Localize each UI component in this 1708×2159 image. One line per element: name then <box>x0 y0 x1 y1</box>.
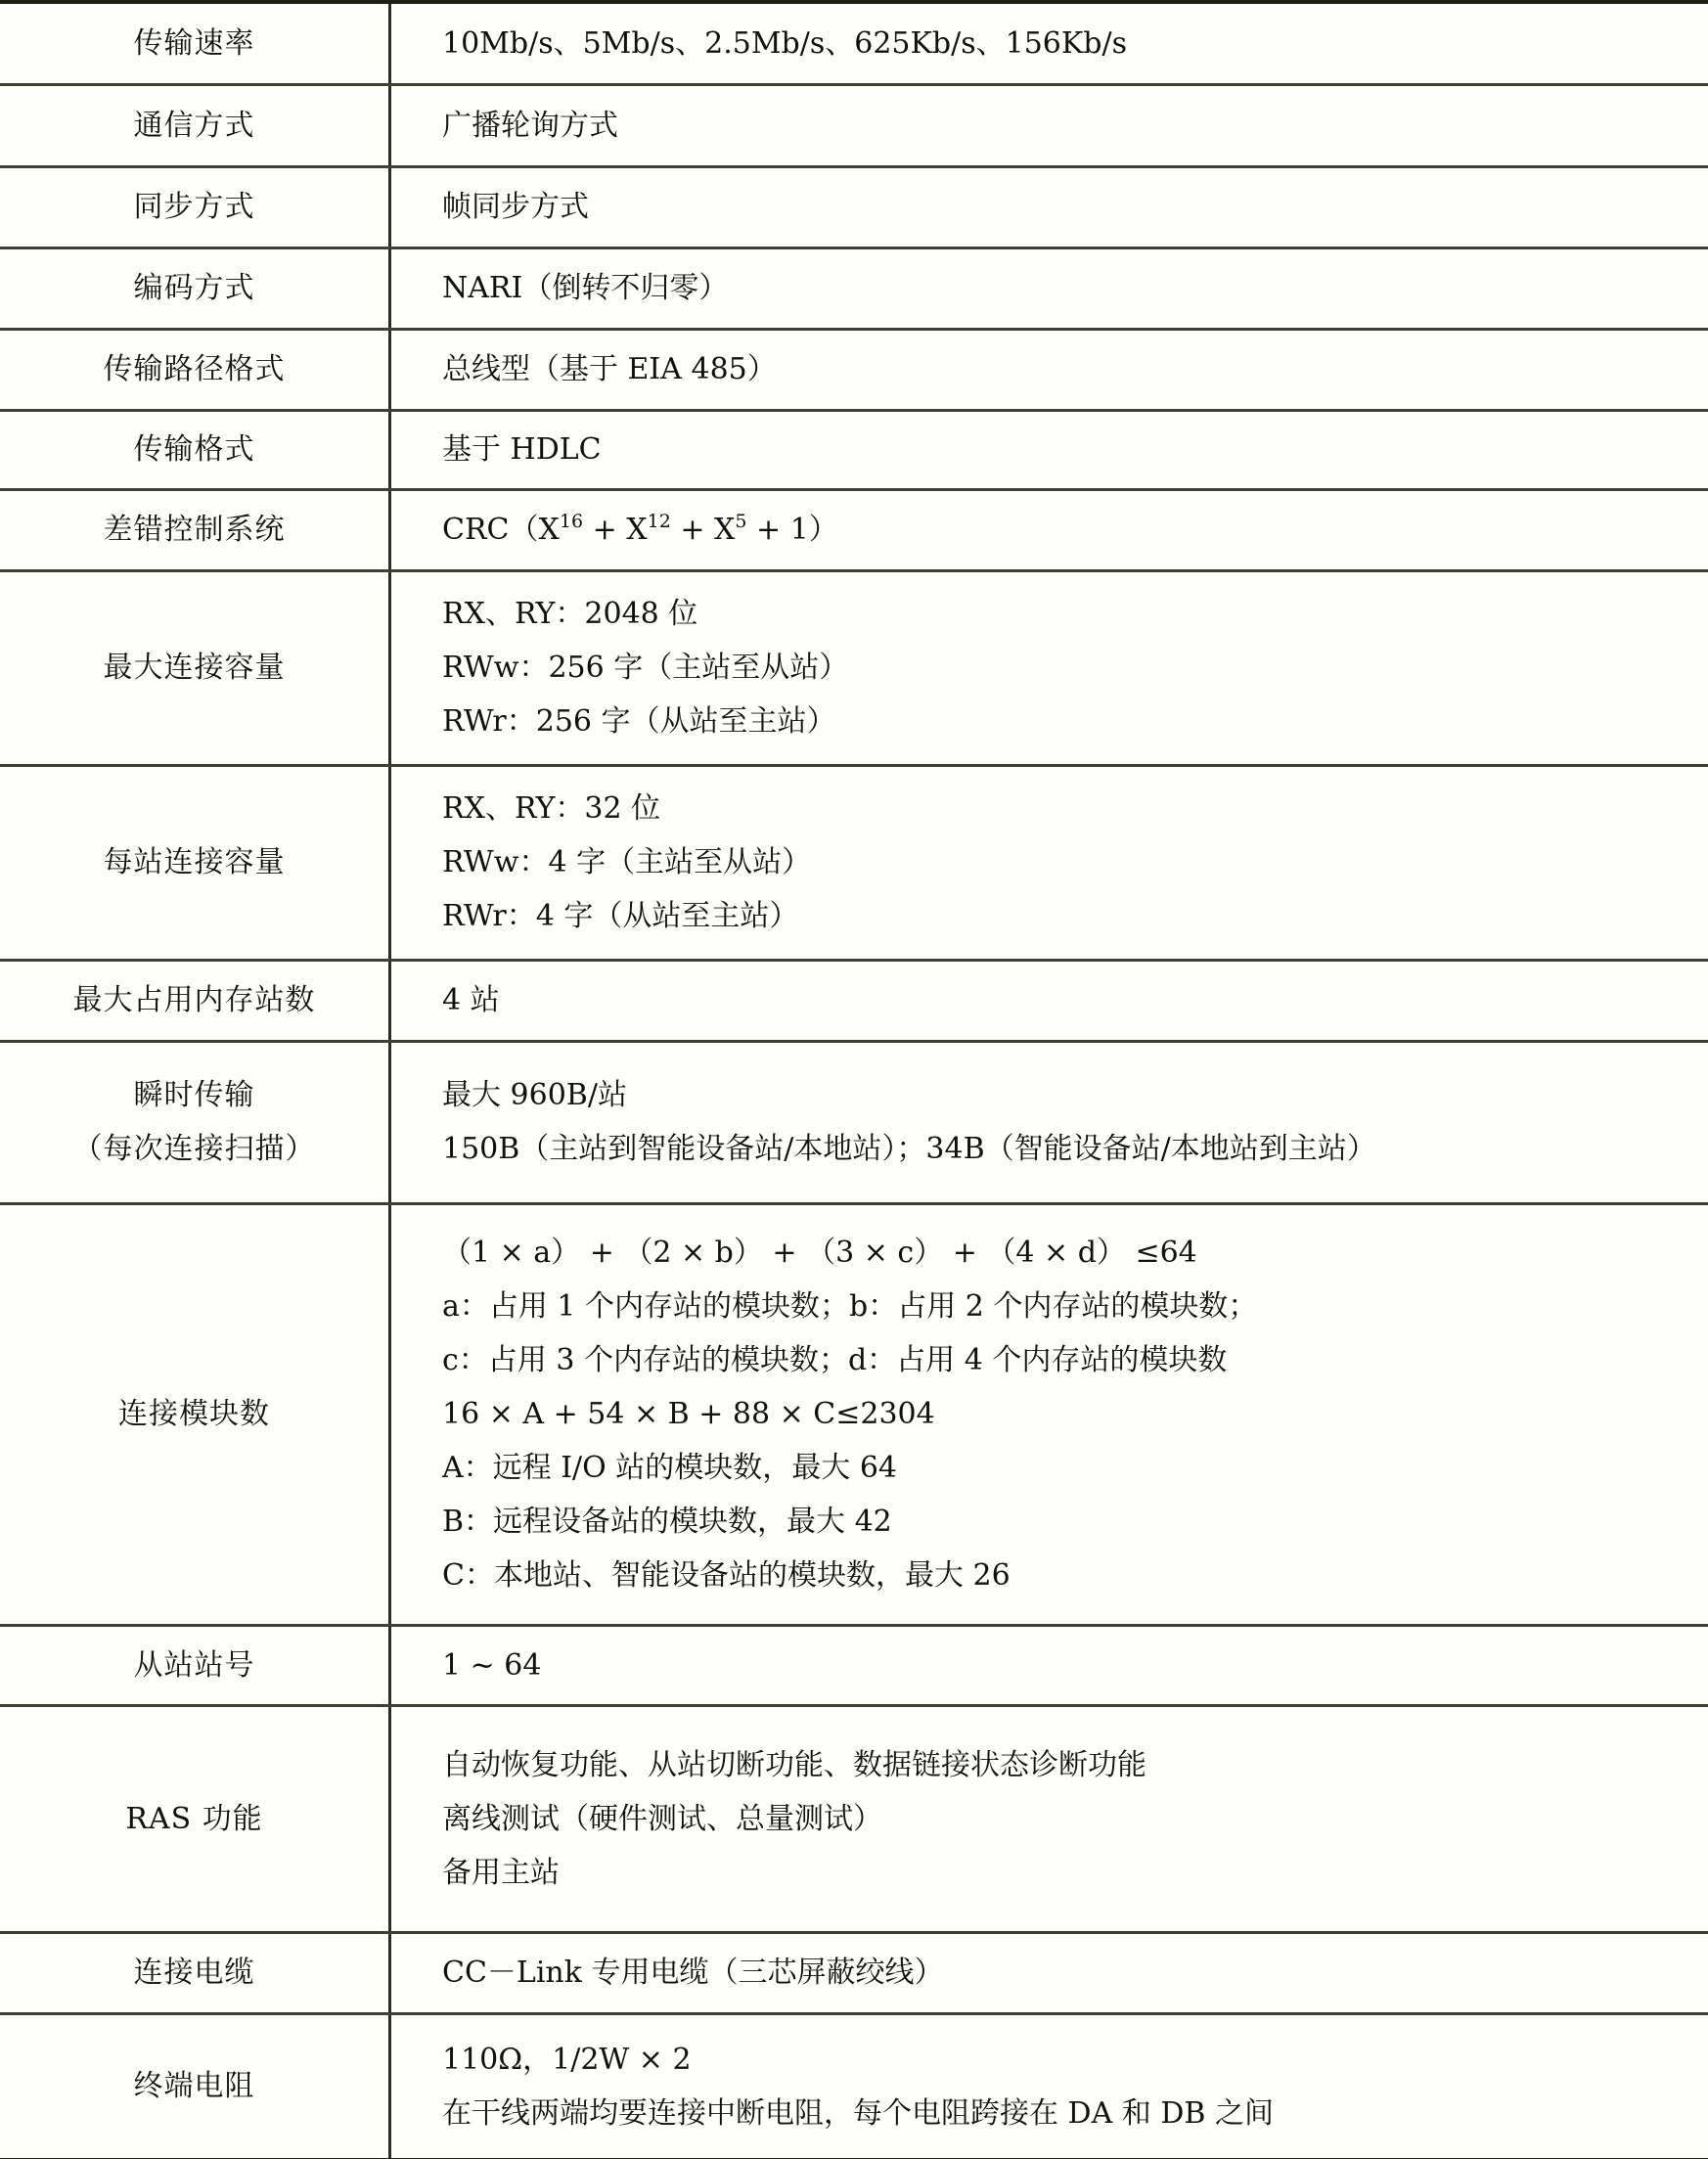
row-value: RX、RY：2048 位 RWw：256 字（主站至从站） RWr：256 字（… <box>390 570 1708 765</box>
row-label: 从站站号 <box>0 1625 390 1705</box>
row-label: 瞬时传输 （每次连接扫描） <box>0 1041 390 1203</box>
table-row-transfer-rate: 传输速率 10Mb/s、5Mb/s、2.5Mb/s、625Kb/s、156Kb/… <box>0 2 1708 84</box>
row-value: （1 × a） + （2 × b） + （3 × c） + （4 × d） ≤6… <box>390 1203 1708 1625</box>
table-row-max-occupied-stations: 最大占用内存站数 4 站 <box>0 960 1708 1041</box>
table-row-per-station-capacity: 每站连接容量 RX、RY：32 位 RWw：4 字（主站至从站） RWr：4 字… <box>0 765 1708 960</box>
table-row-error-control: 差错控制系统 CRC（X16 + X12 + X5 + 1） <box>0 489 1708 570</box>
row-label: 差错控制系统 <box>0 489 390 570</box>
table-row-encoding-mode: 编码方式 NARI（倒转不归零） <box>0 247 1708 329</box>
table-row-cable: 连接电缆 CC－Link 专用电缆（三芯屏蔽绞线） <box>0 1932 1708 2013</box>
row-value: 最大 960B/站 150B（主站到智能设备站/本地站）；34B（智能设备站/本… <box>390 1041 1708 1203</box>
table-row-terminating-resistor: 终端电阻 110Ω，1/2W × 2 在干线两端均要连接中断电阻，每个电阻跨接在… <box>0 2013 1708 2159</box>
table-row-transient-transmission: 瞬时传输 （每次连接扫描） 最大 960B/站 150B（主站到智能设备站/本地… <box>0 1041 1708 1203</box>
row-label: 每站连接容量 <box>0 765 390 960</box>
row-value: 1 ~ 64 <box>390 1625 1708 1705</box>
row-value: 帧同步方式 <box>390 166 1708 247</box>
table-row-transfer-format: 传输格式 基于 HDLC <box>0 410 1708 489</box>
table-row-module-count: 连接模块数 （1 × a） + （2 × b） + （3 × c） + （4 ×… <box>0 1203 1708 1625</box>
row-label: 编码方式 <box>0 247 390 329</box>
row-value: 4 站 <box>390 960 1708 1041</box>
row-label: 最大占用内存站数 <box>0 960 390 1041</box>
table-row-slave-station-number: 从站站号 1 ~ 64 <box>0 1625 1708 1705</box>
table-row-max-link-capacity: 最大连接容量 RX、RY：2048 位 RWw：256 字（主站至从站） RWr… <box>0 570 1708 765</box>
table-row-ras-function: RAS 功能 自动恢复功能、从站切断功能、数据链接状态诊断功能 离线测试（硬件测… <box>0 1705 1708 1932</box>
row-value: 10Mb/s、5Mb/s、2.5Mb/s、625Kb/s、156Kb/s <box>390 2 1708 84</box>
table-row-communication-mode: 通信方式 广播轮询方式 <box>0 84 1708 166</box>
row-value: RX、RY：32 位 RWw：4 字（主站至从站） RWr：4 字（从站至主站） <box>390 765 1708 960</box>
row-label: 终端电阻 <box>0 2013 390 2159</box>
row-value: NARI（倒转不归零） <box>390 247 1708 329</box>
row-label: 同步方式 <box>0 166 390 247</box>
row-label: 连接电缆 <box>0 1932 390 2013</box>
row-value: 110Ω，1/2W × 2 在干线两端均要连接中断电阻，每个电阻跨接在 DA 和… <box>390 2013 1708 2159</box>
row-label: 最大连接容量 <box>0 570 390 765</box>
row-label: 传输路径格式 <box>0 329 390 410</box>
row-value: 基于 HDLC <box>390 410 1708 489</box>
row-label: 连接模块数 <box>0 1203 390 1625</box>
table-row-sync-mode: 同步方式 帧同步方式 <box>0 166 1708 247</box>
row-value: 自动恢复功能、从站切断功能、数据链接状态诊断功能 离线测试（硬件测试、总量测试）… <box>390 1705 1708 1932</box>
row-value: CC－Link 专用电缆（三芯屏蔽绞线） <box>390 1932 1708 2013</box>
row-label: 通信方式 <box>0 84 390 166</box>
table-row-path-format: 传输路径格式 总线型（基于 EIA 485） <box>0 329 1708 410</box>
row-label: RAS 功能 <box>0 1705 390 1932</box>
row-value: CRC（X16 + X12 + X5 + 1） <box>390 489 1708 570</box>
spec-table: 传输速率 10Mb/s、5Mb/s、2.5Mb/s、625Kb/s、156Kb/… <box>0 0 1708 2159</box>
row-value: 广播轮询方式 <box>390 84 1708 166</box>
row-value: 总线型（基于 EIA 485） <box>390 329 1708 410</box>
row-label: 传输速率 <box>0 2 390 84</box>
crc-formula: CRC（X16 + X12 + X5 + 1） <box>442 503 1708 557</box>
row-label: 传输格式 <box>0 410 390 489</box>
